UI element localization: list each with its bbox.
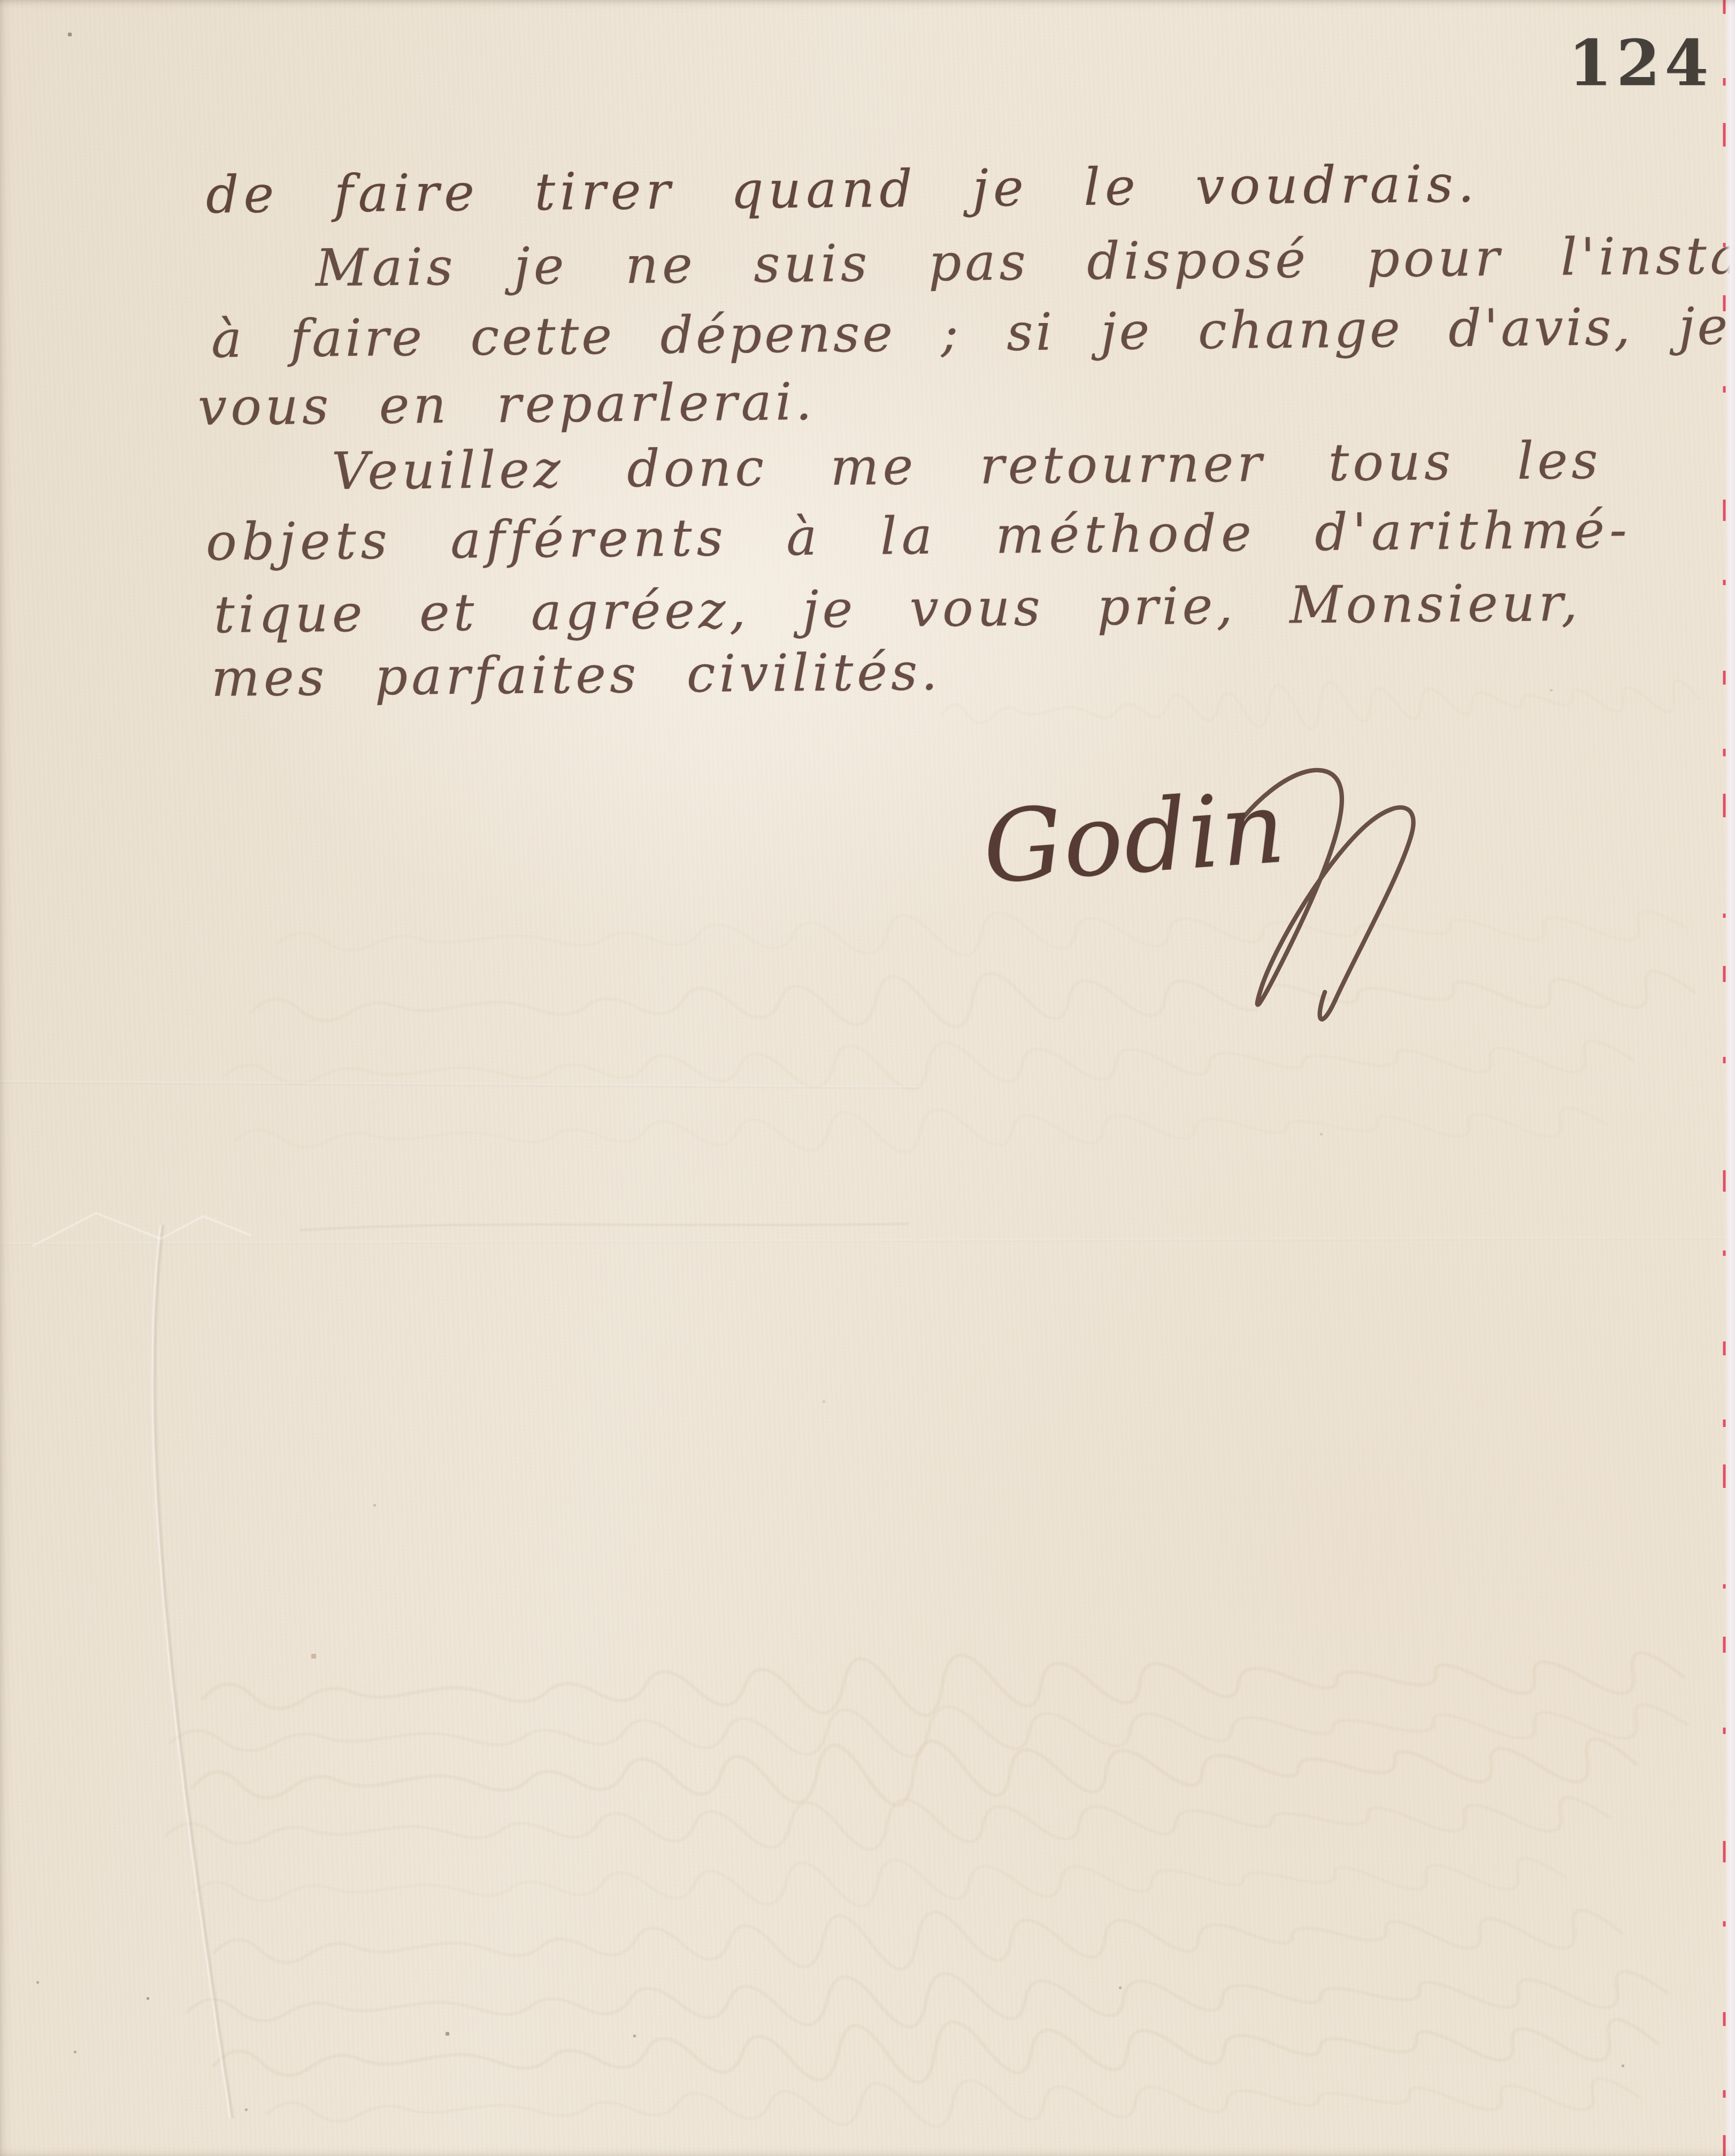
paper-crease-horizontal [0, 1081, 920, 1089]
letter-line: à faire cette dépense ; si je change d'a… [211, 296, 1731, 370]
letter-line: mes parfaites civilités. [211, 642, 942, 708]
page-number: 124 [1568, 26, 1713, 100]
letter-line: Veuillez donc me retourner tous les [332, 431, 1602, 502]
letter-line: vous en reparlerai. [198, 372, 816, 437]
signature-flourish-paraph [1230, 758, 1444, 1037]
ink-specks [0, 0, 1, 1]
letter-line: objets afférents à la méthode d'arithmé- [206, 500, 1632, 572]
letter-line: Mais je ne suis pas disposé pour l'insta… [316, 225, 1735, 298]
paper-crease-horizontal [0, 1237, 1735, 1245]
stitched-edge-thread [1709, 0, 1735, 2156]
letter-line: tique et agréez, je vous prie, Monsieur, [214, 573, 1582, 645]
letter-page: 124 de faire tirer quand je le voudrais.… [0, 0, 1735, 2156]
letter-line: de faire tirer quand je le voudrais. [206, 154, 1479, 225]
